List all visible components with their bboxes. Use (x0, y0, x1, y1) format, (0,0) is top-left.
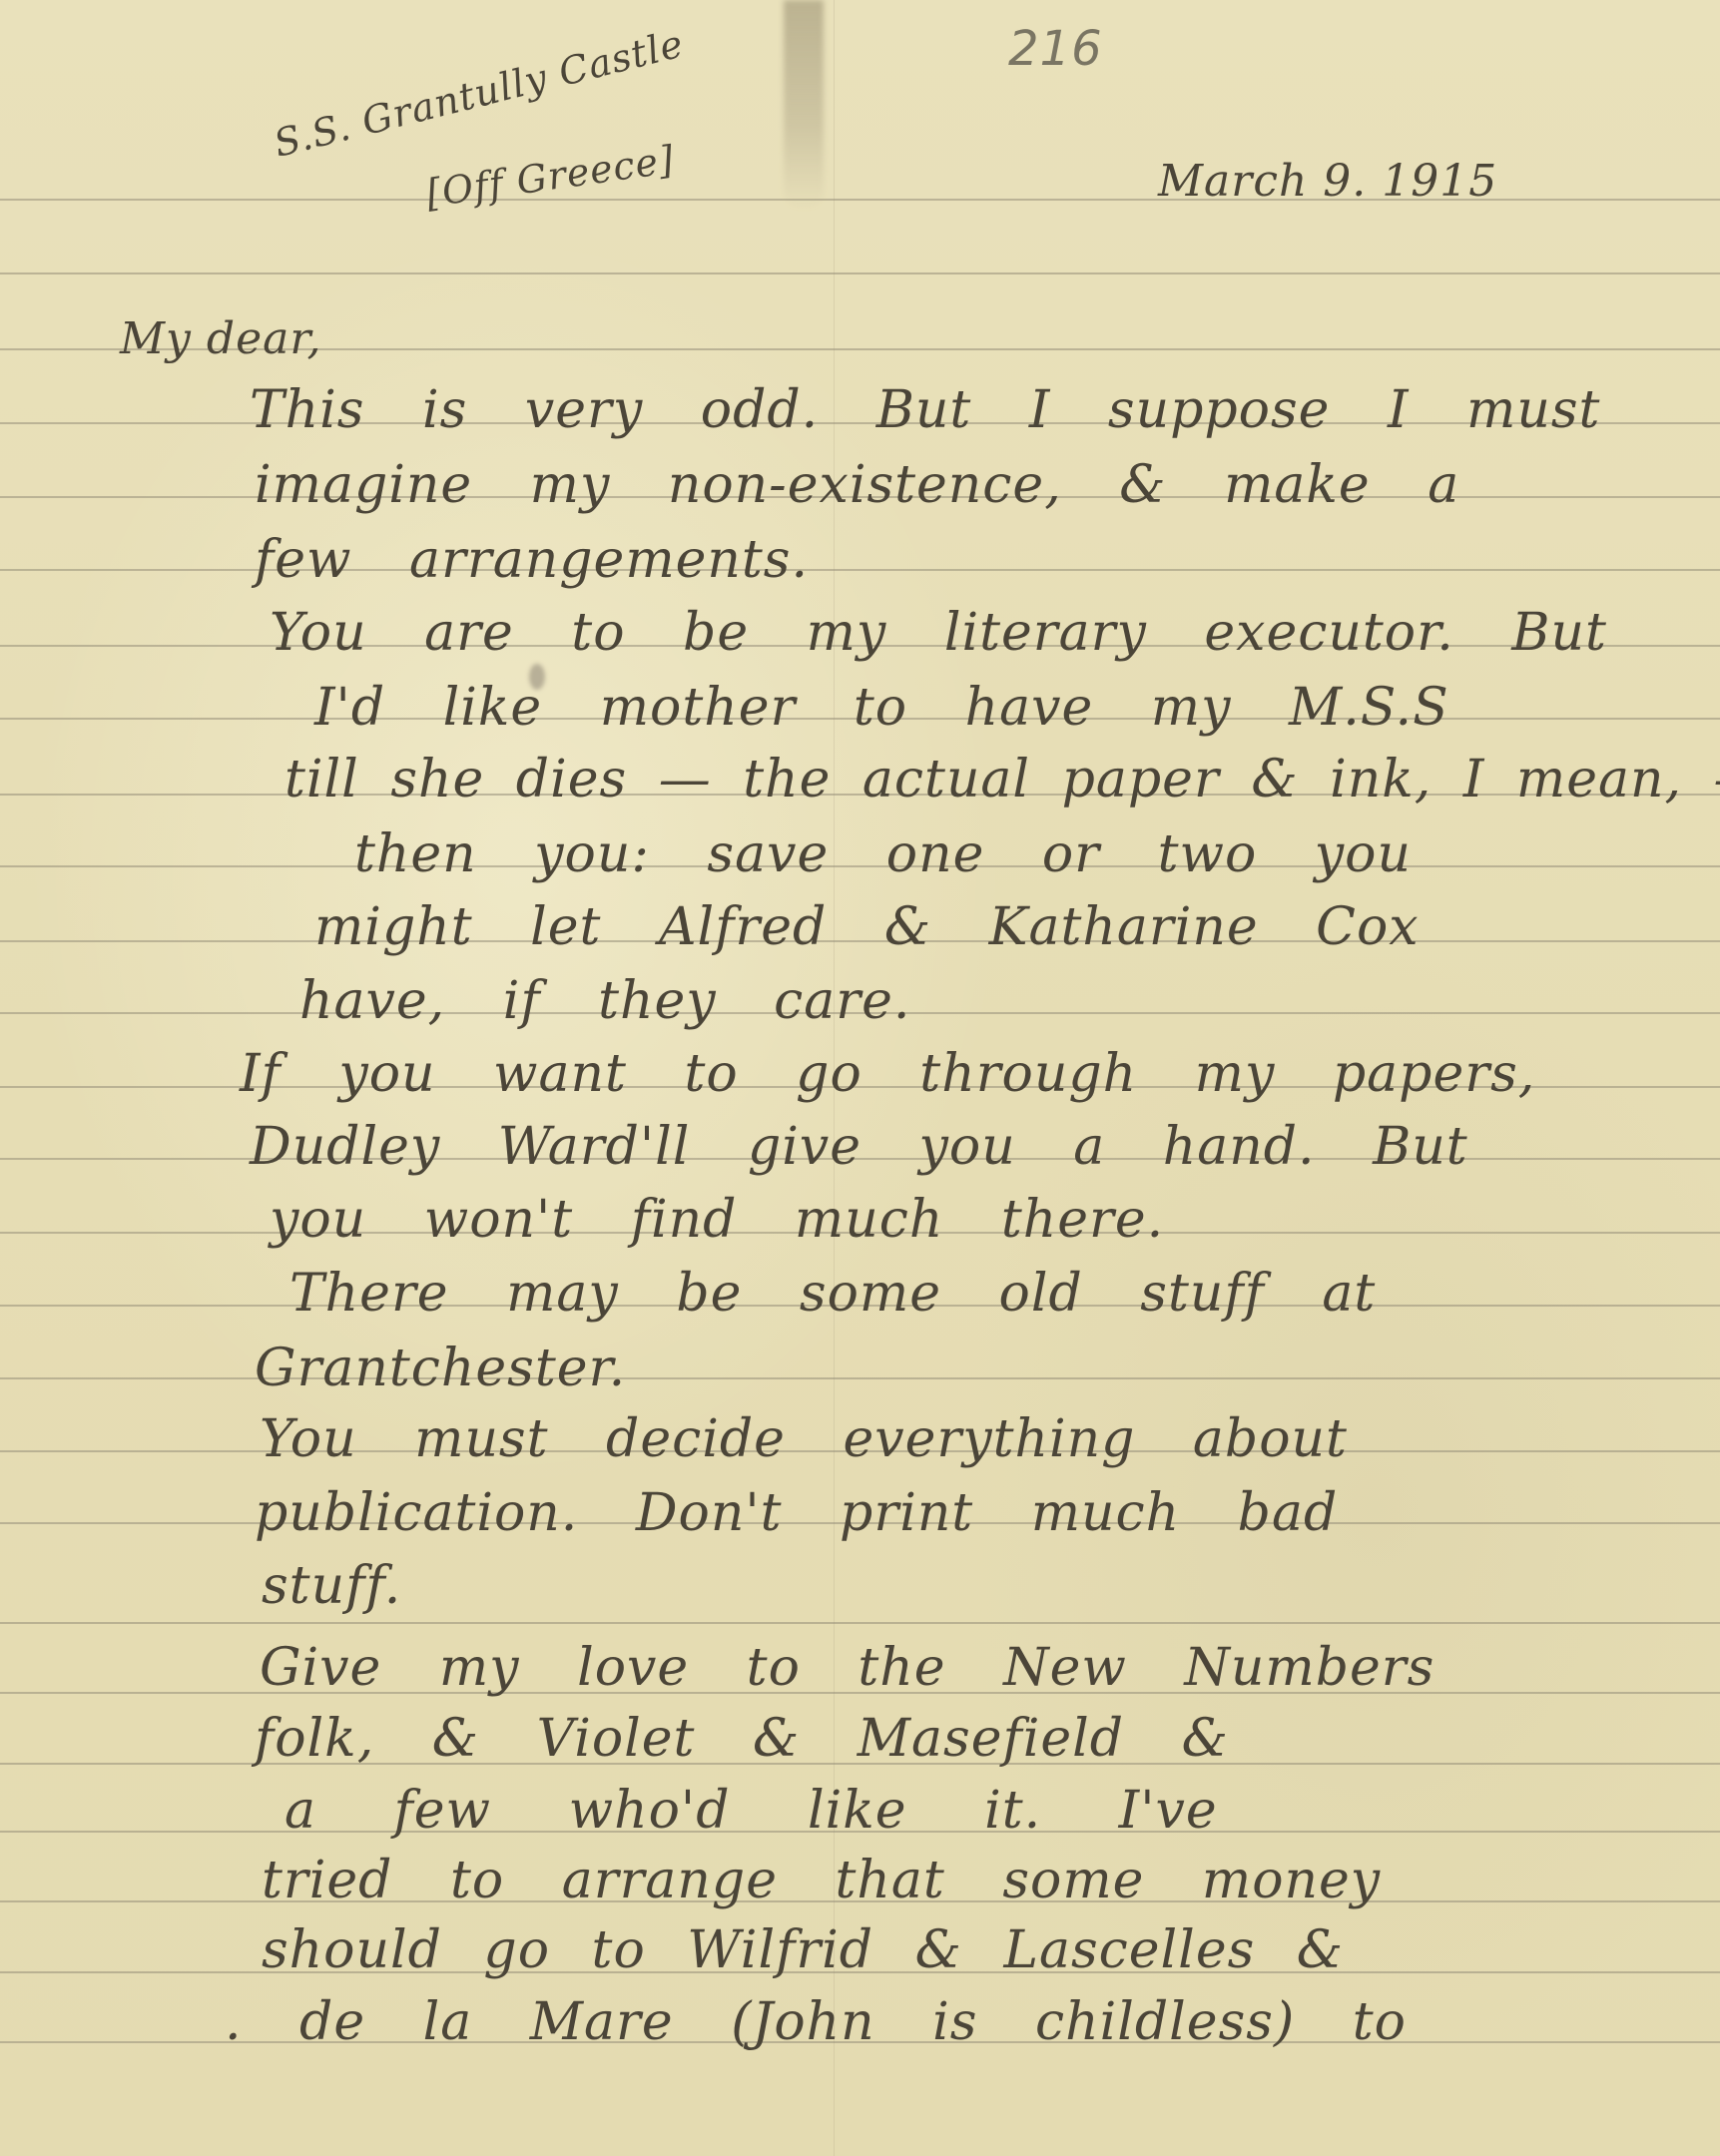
letter-line: You are to be my literary executor. But (270, 607, 1607, 659)
address-ship: S.S. Grantully Castle (271, 24, 688, 163)
letter-line: If you want to go through my papers, (240, 1048, 1535, 1100)
letter-page: 216 S.S. Grantully Castle [Off Greece] M… (0, 0, 1720, 2156)
letter-line: publication. Don't print much bad (255, 1487, 1338, 1539)
address-location: [Off Greece] (424, 141, 677, 213)
letter-line: imagine my non-existence, & make a (255, 459, 1459, 511)
letter-date: March 9. 1915 (1158, 160, 1497, 204)
letter-line: You must decide everything about (260, 1413, 1348, 1465)
letter-line: few arrangements. (255, 534, 809, 586)
letter-line: This is very odd. But I suppose I must (250, 384, 1600, 436)
archive-number: 216 (1008, 25, 1103, 73)
letter-line: Dudley Ward'll give you a hand. But (250, 1121, 1468, 1173)
ruled-line (0, 272, 1720, 274)
letter-line: tried to arrange that some money (262, 1855, 1381, 1906)
letter-line: Grantchester. (255, 1343, 626, 1394)
letter-line: might let Alfred & Katharine Cox (314, 901, 1420, 953)
letter-line: a few who'd like it. I've (285, 1785, 1218, 1837)
letter-line: have, if they care. (299, 975, 910, 1027)
letter-line: should go to Wilfrid & Lascelles & (262, 1924, 1344, 1976)
letter-line: I'd like mother to have my M.S.S (314, 682, 1449, 734)
water-stain (784, 0, 824, 210)
letter-line: There may be some old stuff at (289, 1268, 1376, 1320)
letter-line: till she dies — the actual paper & ink, … (285, 754, 1720, 806)
letter-line: stuff. (262, 1560, 401, 1612)
letter-line: . de la Mare (John is childless) to (225, 1996, 1407, 2048)
letter-line: folk, & Violet & Masefield & (255, 1713, 1229, 1765)
ruled-line (0, 1622, 1720, 1624)
letter-line: you won't find much there. (270, 1194, 1164, 1246)
salutation: My dear, (120, 317, 322, 361)
letter-line: then you: save one or two you (354, 828, 1412, 880)
letter-line: Give my love to the New Numbers (260, 1642, 1434, 1694)
